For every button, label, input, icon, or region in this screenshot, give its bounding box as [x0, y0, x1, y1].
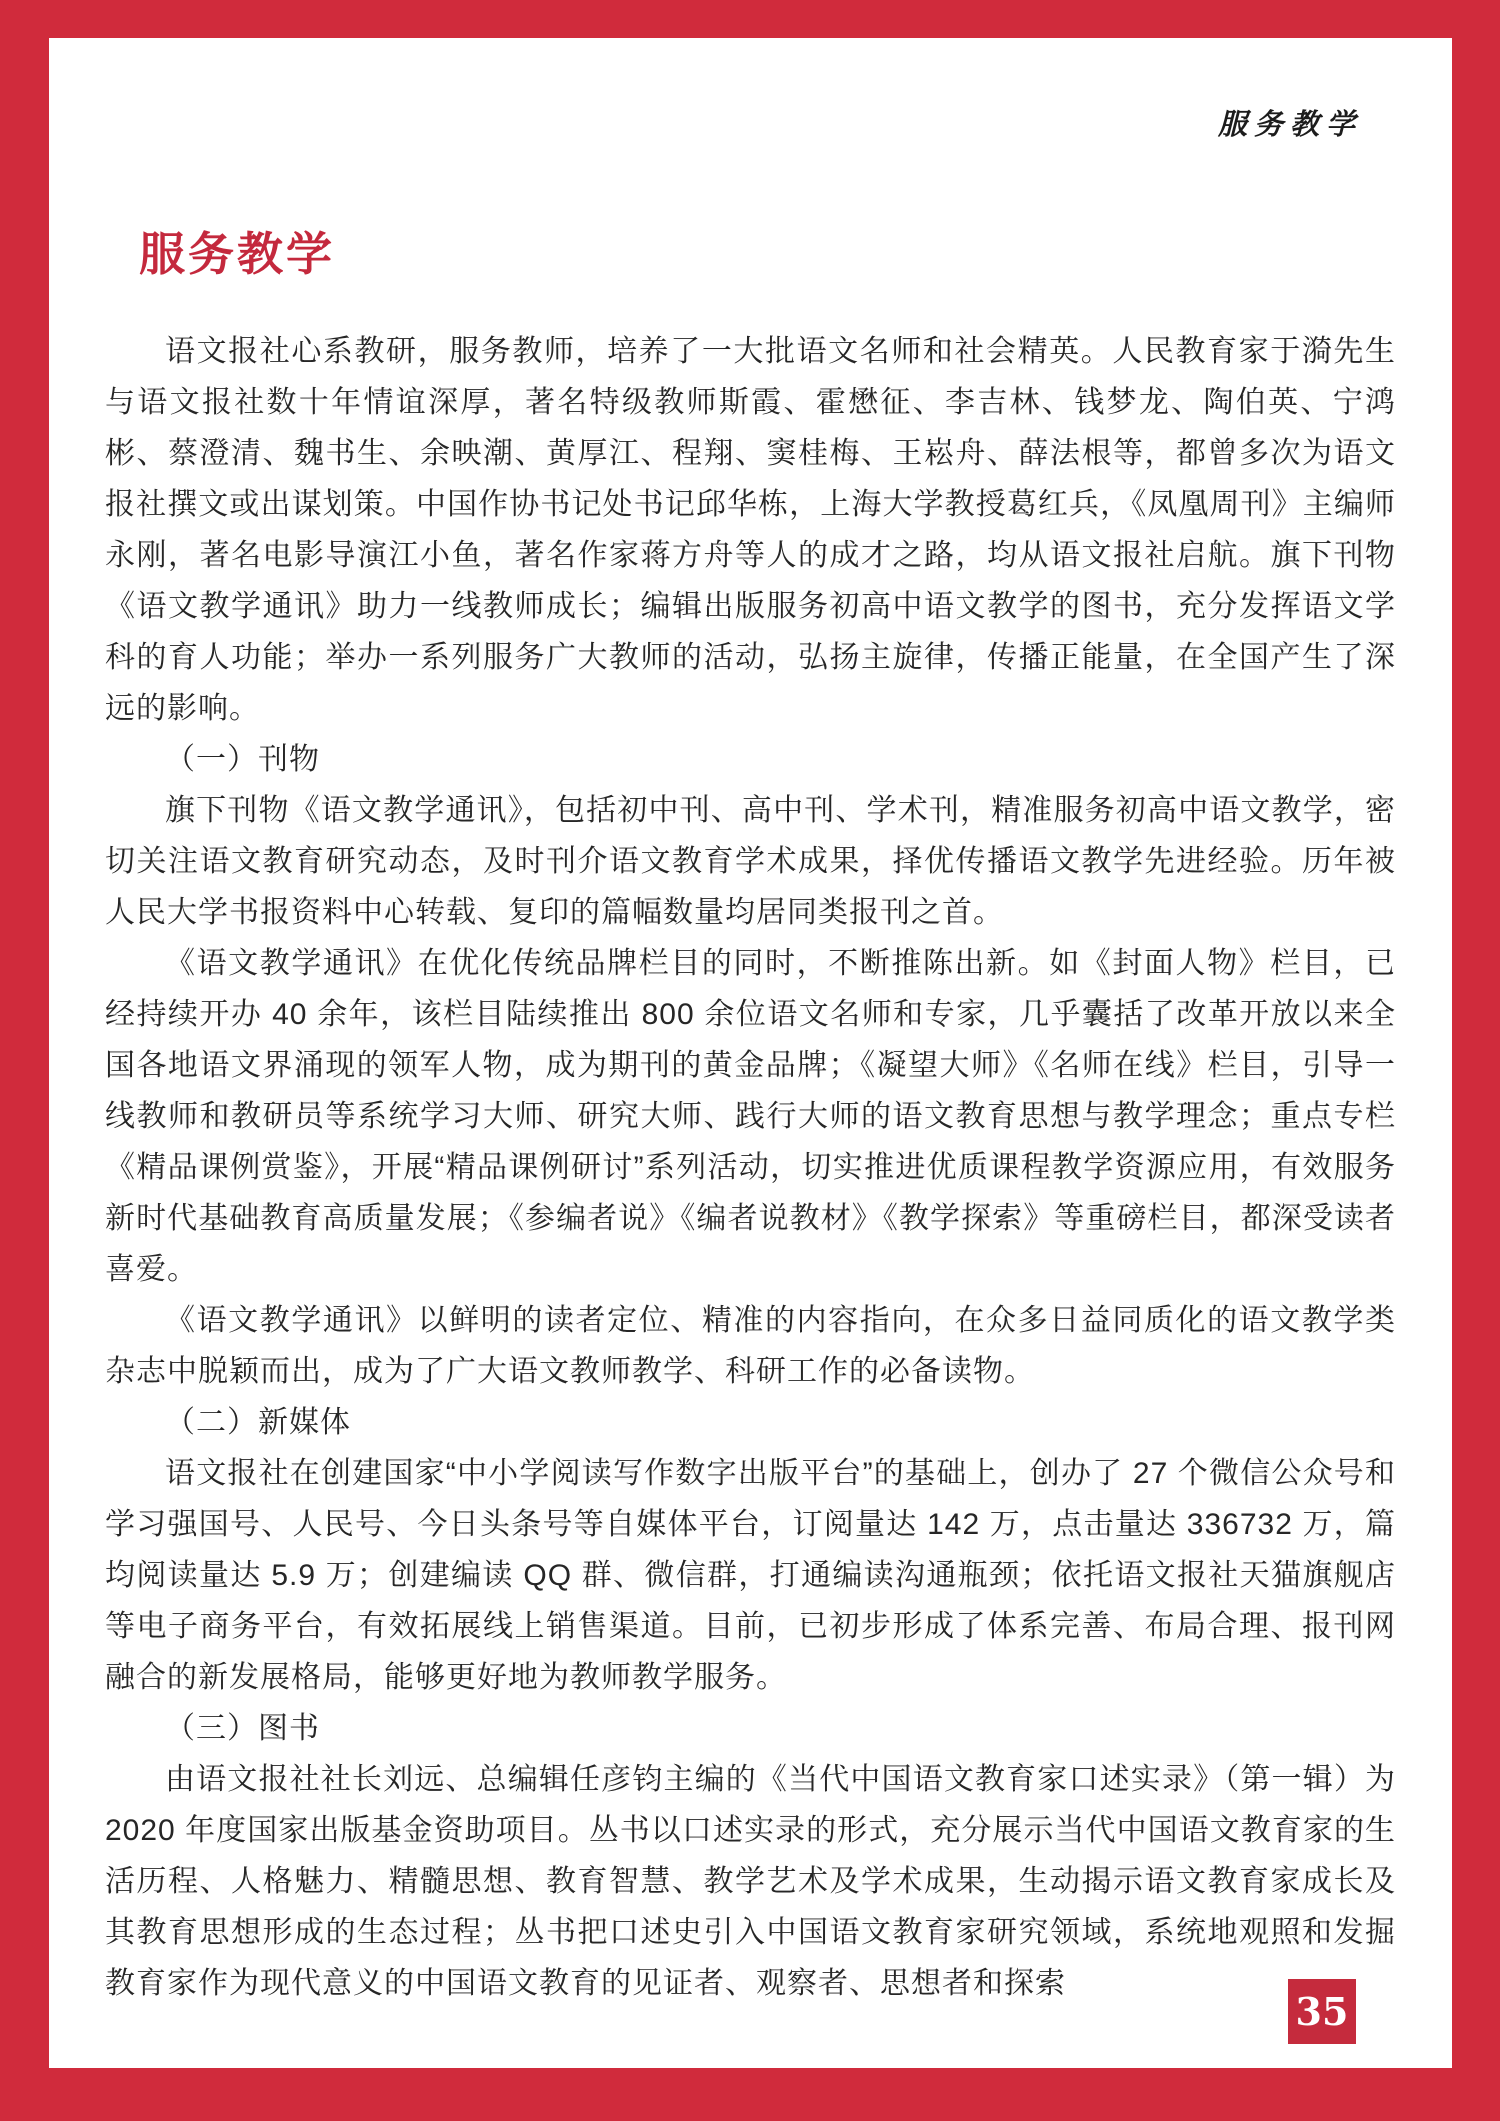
page-frame: 服务教学 服务教学 语文报社心系教研，服务教师，培养了一大批语文名师和社会精英。…: [0, 0, 1500, 2121]
paragraph-intro: 语文报社心系教研，服务教师，培养了一大批语文名师和社会精英。人民教育家于漪先生与…: [105, 326, 1396, 734]
page-sheet: 服务教学 服务教学 语文报社心系教研，服务教师，培养了一大批语文名师和社会精英。…: [49, 38, 1452, 2068]
running-header: 服务教学: [1218, 102, 1362, 143]
section-heading-3: （三）图书: [105, 1703, 1396, 1754]
section-heading-1: （一）刊物: [105, 734, 1396, 785]
paragraph-journals-2: 《语文教学通讯》在优化传统品牌栏目的同时，不断推陈出新。如《封面人物》栏目，已经…: [105, 938, 1396, 1295]
paragraph-journals-1: 旗下刊物《语文教学通讯》，包括初中刊、高中刊、学术刊，精准服务初高中语文教学，密…: [105, 785, 1396, 938]
section-heading-2: （二）新媒体: [105, 1397, 1396, 1448]
page-number-badge: 35: [1288, 1979, 1356, 2044]
paragraph-books: 由语文报社社长刘远、总编辑任彦钧主编的《当代中国语文教育家口述实录》（第一辑）为…: [105, 1754, 1396, 2009]
page-title: 服务教学: [139, 218, 335, 284]
paragraph-journals-3: 《语文教学通讯》以鲜明的读者定位、精准的内容指向，在众多日益同质化的语文教学类杂…: [105, 1295, 1396, 1397]
body-text: 语文报社心系教研，服务教师，培养了一大批语文名师和社会精英。人民教育家于漪先生与…: [105, 326, 1396, 2009]
paragraph-newmedia: 语文报社在创建国家“中小学阅读写作数字出版平台”的基础上，创办了 27 个微信公…: [105, 1448, 1396, 1703]
